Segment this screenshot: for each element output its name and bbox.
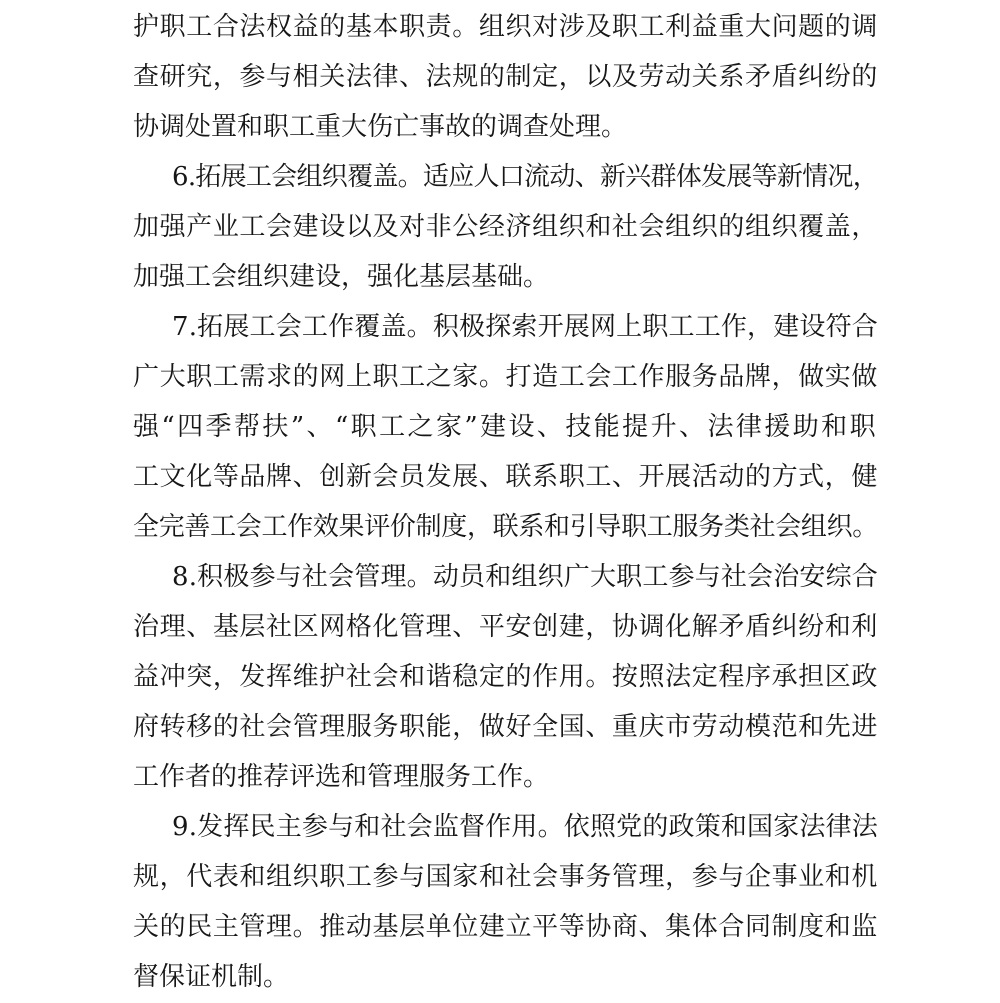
text-line: 8.积极参与社会管理。动员和组织广大职工参与社会治安综合	[133, 552, 878, 602]
text-line: 府转移的社会管理服务职能，做好全国、重庆市劳动模范和先进	[133, 702, 878, 752]
text-line: 工文化等品牌、创新会员发展、联系职工、开展活动的方式，健	[133, 452, 878, 502]
text-line: 规，代表和组织职工参与国家和社会事务管理，参与企事业和机	[133, 852, 878, 902]
text-line: 6.拓展工会组织覆盖。适应人口流动、新兴群体发展等新情况，	[133, 152, 878, 202]
document-text-block: 护职工合法权益的基本职责。组织对涉及职工利益重大问题的调查研究，参与相关法律、法…	[133, 2, 878, 1002]
text-line: 督保证机制。	[133, 952, 878, 1002]
text-line: 护职工合法权益的基本职责。组织对涉及职工利益重大问题的调	[133, 2, 878, 52]
text-line: 强“四季帮扶”、“职工之家”建设、技能提升、法律援助和职	[133, 402, 878, 452]
text-line: 7.拓展工会工作覆盖。积极探索开展网上职工工作，建设符合	[133, 302, 878, 352]
text-line: 广大职工需求的网上职工之家。打造工会工作服务品牌，做实做	[133, 352, 878, 402]
text-line: 全完善工会工作效果评价制度，联系和引导职工服务类社会组织。	[133, 502, 878, 552]
text-line: 加强工会组织建设，强化基层基础。	[133, 252, 878, 302]
text-line: 关的民主管理。推动基层单位建立平等协商、集体合同制度和监	[133, 902, 878, 952]
text-line: 工作者的推荐评选和管理服务工作。	[133, 752, 878, 802]
text-line: 9.发挥民主参与和社会监督作用。依照党的政策和国家法律法	[133, 802, 878, 852]
text-line: 益冲突，发挥维护社会和谐稳定的作用。按照法定程序承担区政	[133, 652, 878, 702]
text-line: 加强产业工会建设以及对非公经济组织和社会组织的组织覆盖，	[133, 202, 878, 252]
text-line: 查研究，参与相关法律、法规的制定，以及劳动关系矛盾纠纷的	[133, 52, 878, 102]
text-line: 协调处置和职工重大伤亡事故的调查处理。	[133, 102, 878, 152]
text-line: 治理、基层社区网格化管理、平安创建，协调化解矛盾纠纷和利	[133, 602, 878, 652]
document-page: 护职工合法权益的基本职责。组织对涉及职工利益重大问题的调查研究，参与相关法律、法…	[0, 0, 1000, 1003]
